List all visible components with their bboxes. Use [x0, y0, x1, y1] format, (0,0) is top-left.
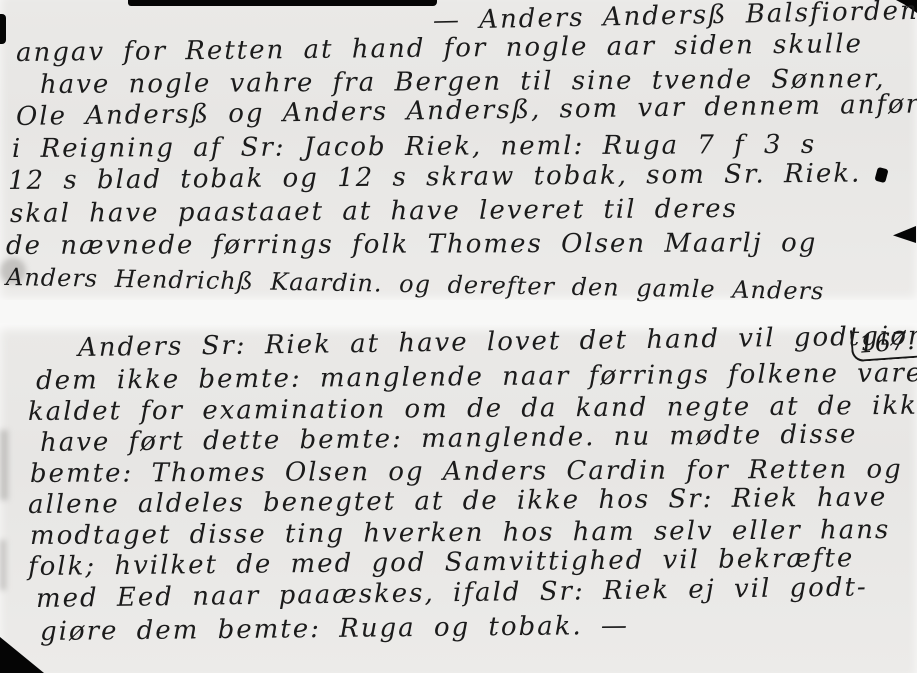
- manuscript-scan: { "page": { "page_number": "167.", "ink_…: [0, 0, 917, 673]
- manuscript-line: i Reigning af Sr: Jacob Riek, neml: Ruga…: [12, 130, 816, 164]
- smudge-left-margin: [0, 430, 8, 500]
- manuscript-line: de nævnede førrings folk Thomes Olsen Ma…: [6, 228, 818, 261]
- ink-mark-left-edge: [0, 14, 6, 44]
- smudge-left-margin-2: [0, 540, 6, 590]
- manuscript-line: giøre dem bemte: Ruga og tobak. —: [40, 611, 629, 647]
- ink-blot-top-strip: [128, 0, 437, 6]
- manuscript-line: skal have paastaaet at have leveret til …: [10, 194, 738, 229]
